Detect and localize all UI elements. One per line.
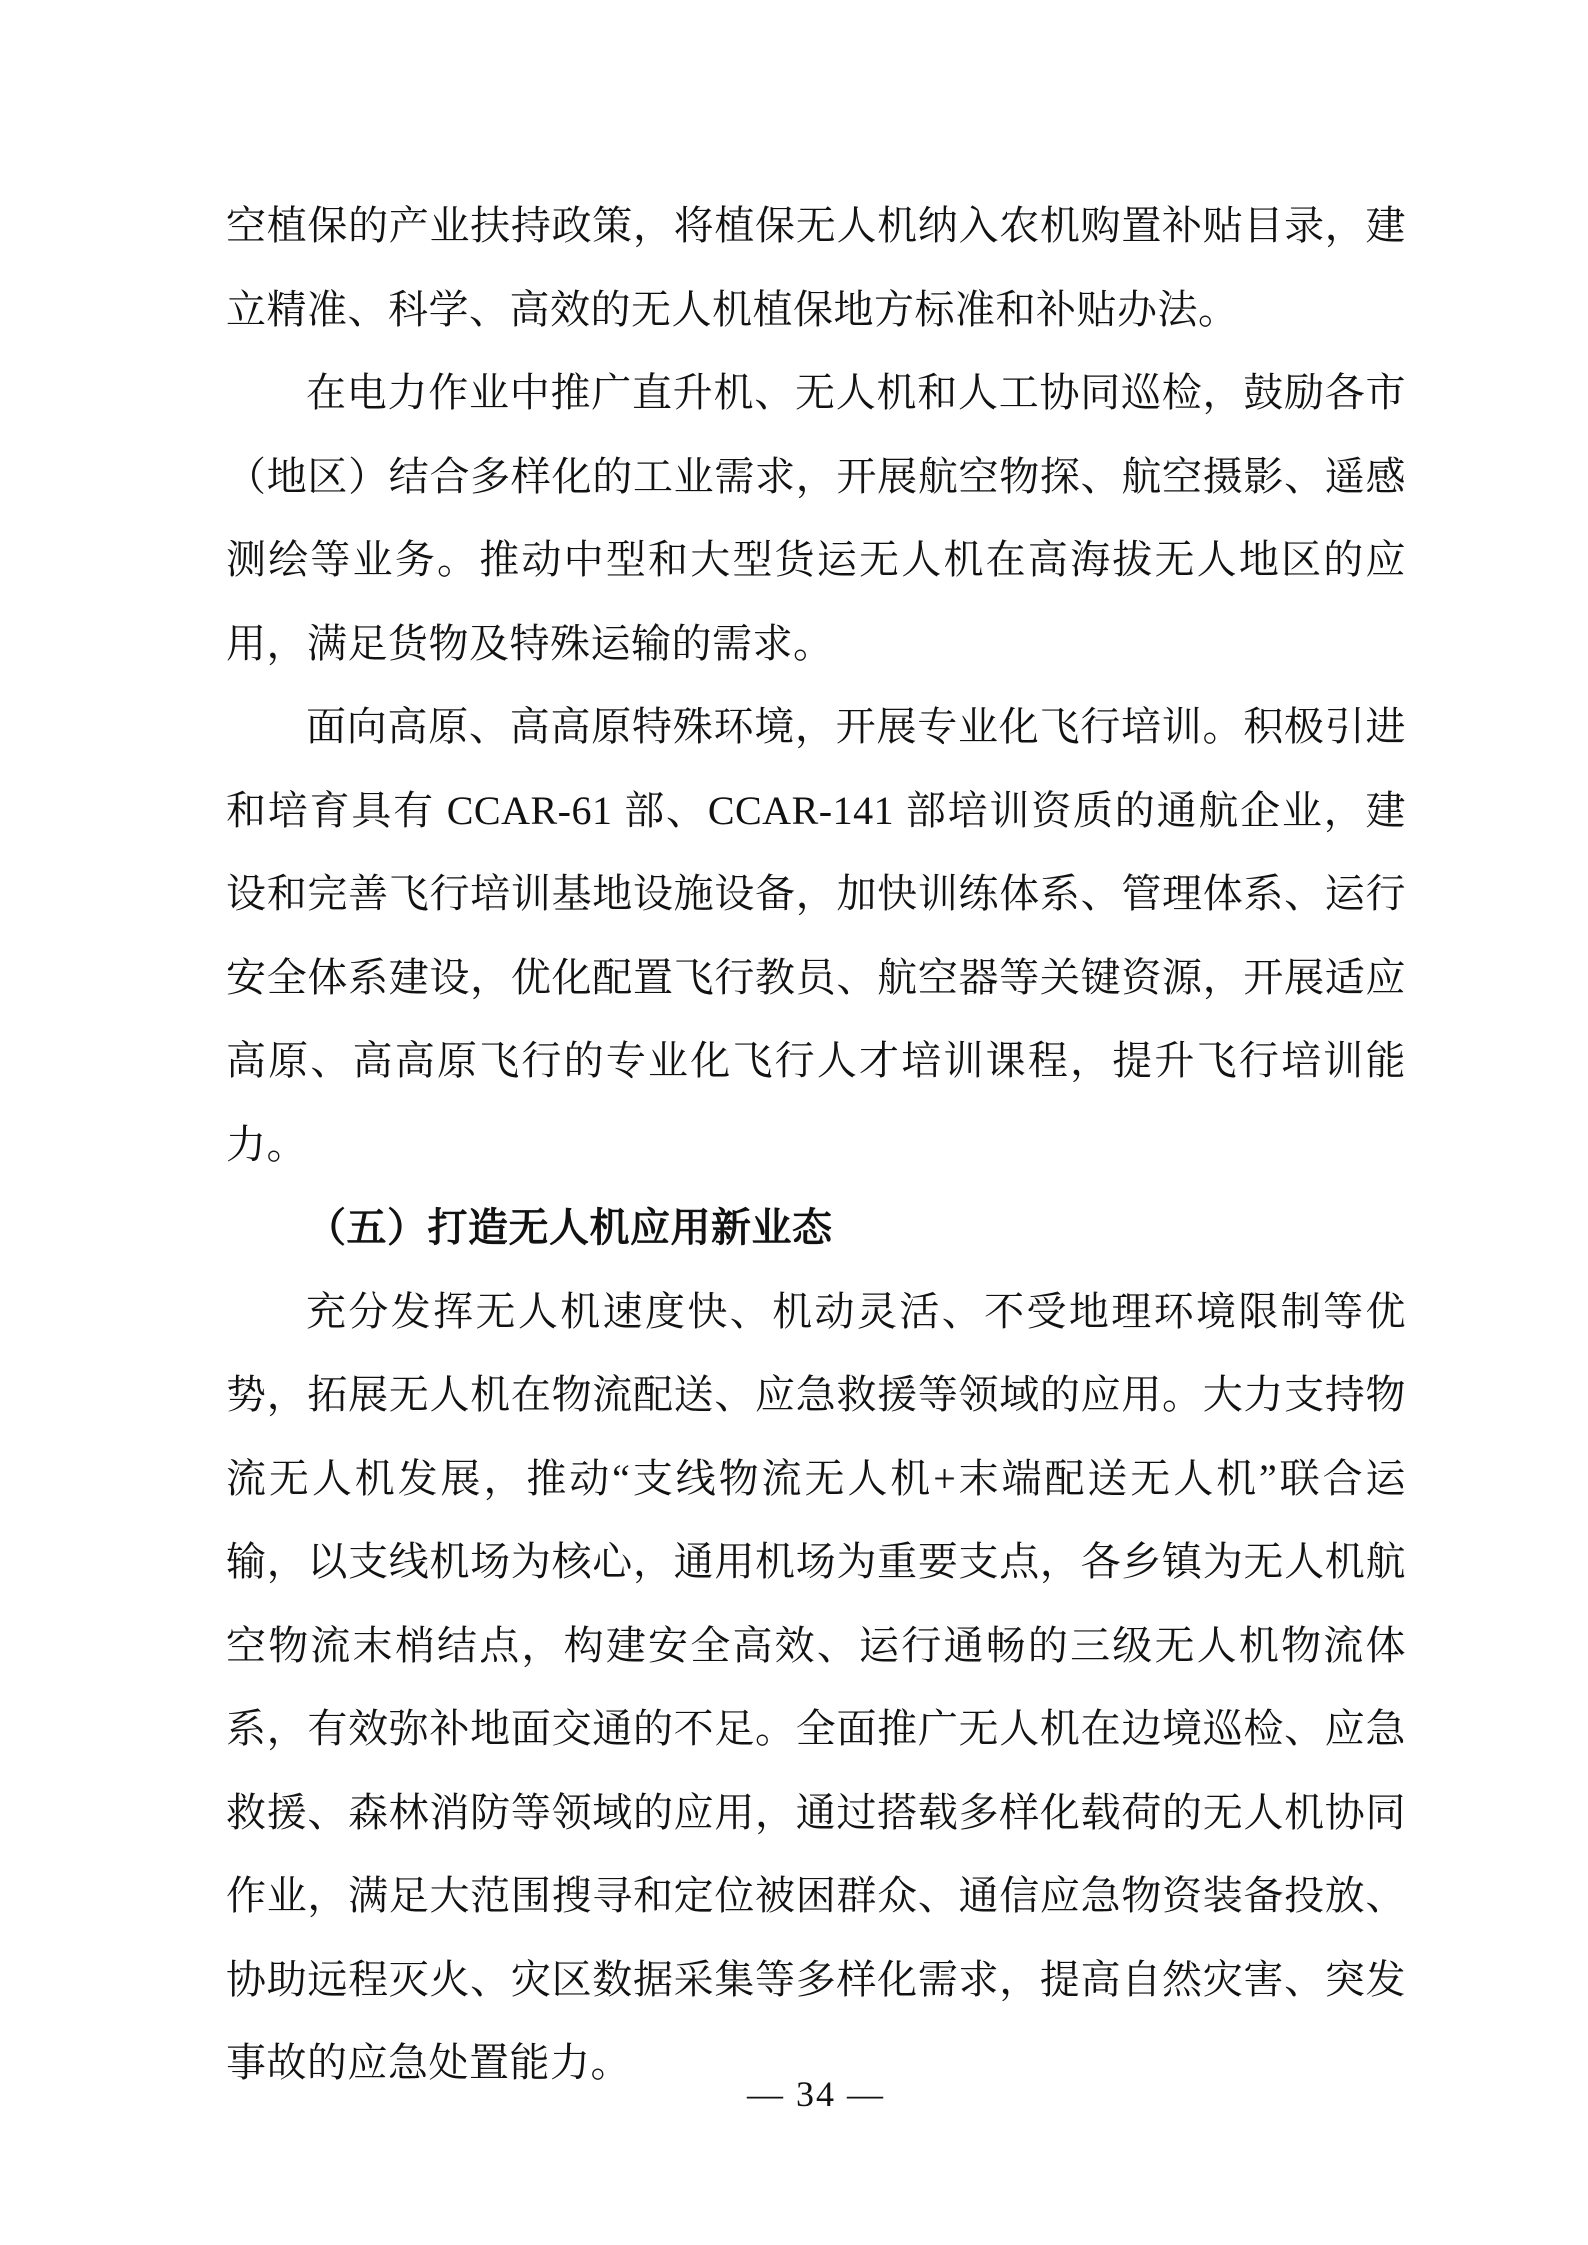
document-page: 空植保的产业扶持政策，将植保无人机纳入农机购置补贴目录，建立精准、科学、高效的无…: [0, 0, 1588, 2245]
paragraph: 面向高原、高高原特殊环境，开展专业化飞行培训。积极引进和培育具有 CCAR-61…: [226, 685, 1406, 1186]
paragraph: （五）打造无人机应用新业态: [226, 1186, 1406, 1270]
paragraph: 空植保的产业扶持政策，将植保无人机纳入农机购置补贴目录，建立精准、科学、高效的无…: [226, 184, 1406, 351]
document-body: 空植保的产业扶持政策，将植保无人机纳入农机购置补贴目录，建立精准、科学、高效的无…: [226, 184, 1406, 2105]
page-number: — 34 —: [226, 2072, 1406, 2116]
paragraph: 在电力作业中推广直升机、无人机和人工协同巡检，鼓励各市（地区）结合多样化的工业需…: [226, 351, 1406, 685]
paragraph: 充分发挥无人机速度快、机动灵活、不受地理环境限制等优势，拓展无人机在物流配送、应…: [226, 1270, 1406, 2105]
